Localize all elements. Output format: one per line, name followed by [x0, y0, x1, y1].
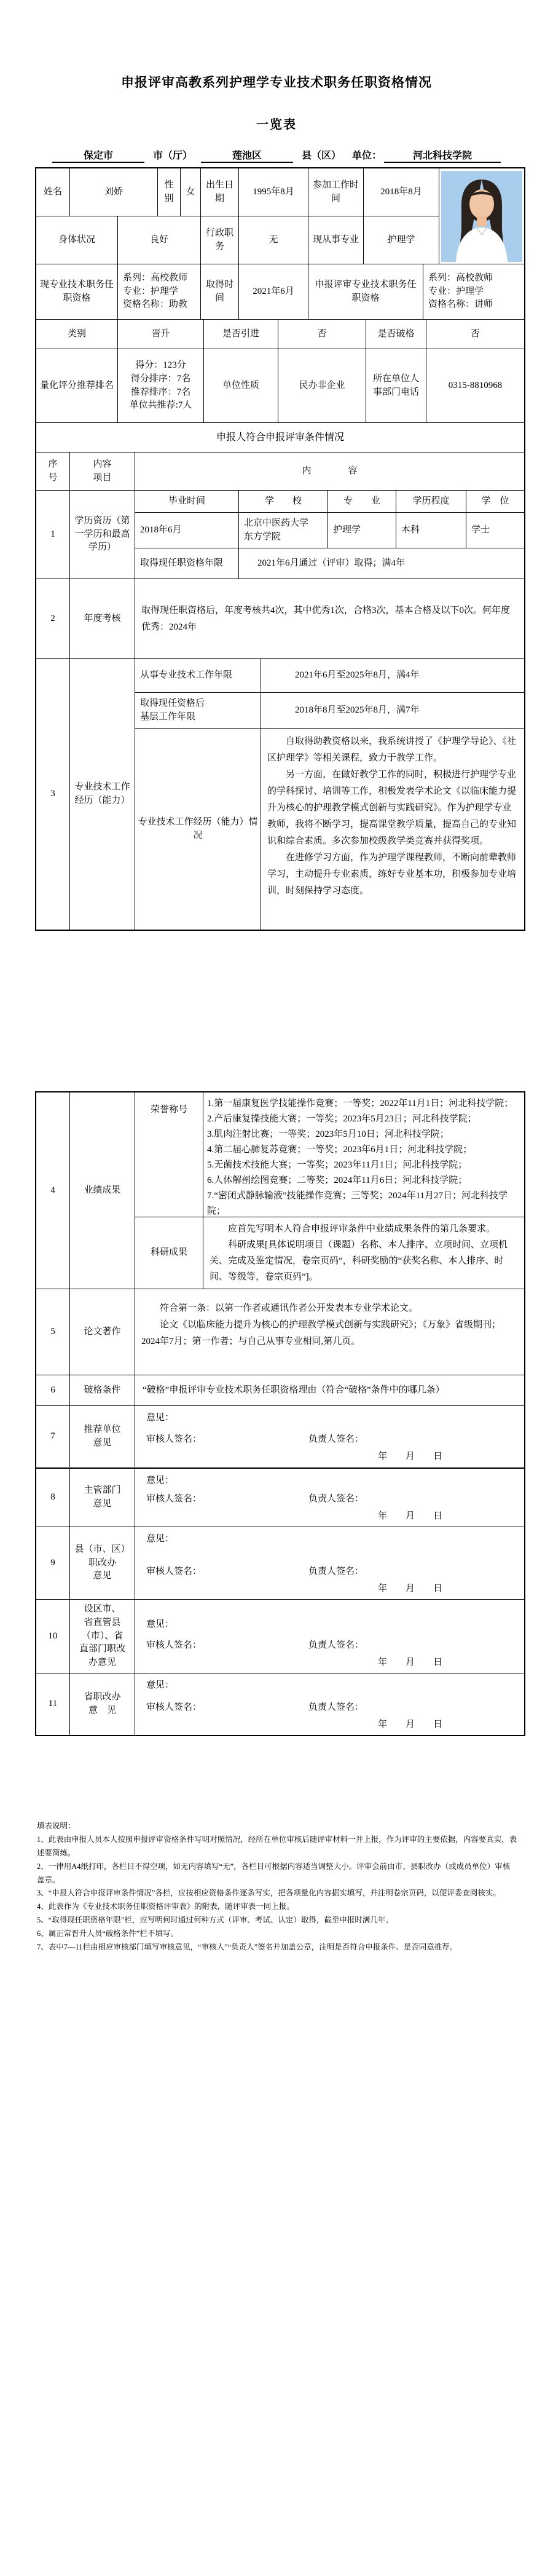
- note-line: 1、此表由申报人员本人按照申报评审资格条件写明对照情况，经所在单位审核后随评审材…: [37, 1833, 517, 1860]
- note-line: 6、属正常晋升人员“破格条件”栏不填写。: [37, 1927, 517, 1941]
- achievements-opinions-table: 4 业绩成果 荣誉称号 1.第一届康复医学技能操作竞赛；一等奖；2022年11月…: [35, 1091, 525, 1736]
- row-name-birth: 姓名 刘娇 性别 女 出生日期 1995年8月 参加工作时间 2018年8月: [36, 168, 439, 216]
- row9-no: 9: [36, 1527, 70, 1599]
- date-placeholder: 年 月 日: [378, 1449, 442, 1462]
- row1-label: 学历资历（第一学历和最高学历）: [70, 491, 135, 579]
- birth-value: 1995年8月: [239, 168, 308, 216]
- row10-no: 10: [36, 1600, 70, 1673]
- note-line: 3、“申报人符合申报评审条件情况”各栏，应按相应资格条件逐条写实，把各项量化内容…: [37, 1887, 517, 1900]
- row6-label: 破格条件: [70, 1375, 135, 1405]
- city-suffix-label: 市（厅）: [153, 151, 192, 161]
- notes-heading: 填表说明：: [37, 1820, 517, 1833]
- research-content: 应首先写明本人符合申报评审条件中业绩成果条件的第几条要求。 科研成果[具体说明项…: [203, 1217, 524, 1289]
- responsible-signature-label: 负责人签名：: [308, 1638, 364, 1651]
- personal-info-left: 姓名 刘娇 性别 女 出生日期 1995年8月 参加工作时间 2018年8月 身…: [36, 168, 439, 264]
- current-title-label: 现专业技术职务任职资格: [36, 264, 118, 319]
- row-category: 类别 晋升 是否引进 否 是否破格 否: [36, 320, 524, 349]
- qualification-years-row: 取得现任职资格年限 2021年6月通过（评审）取得；满4年: [135, 548, 524, 579]
- row3-content: 从事专业技术工作年限 2021年6月至2025年8月，满4年 取得现任资格后 基…: [135, 659, 524, 930]
- work-start-value: 2018年8月: [364, 168, 439, 216]
- ability-row: 专业技术工作经历（能力）情况 自取得助教资格以来，我系统讲授了《护理学导论》、《…: [135, 729, 524, 930]
- qualification-years-value: 2021年6月通过（评审）取得；满4年: [239, 548, 524, 579]
- row2-content: 取得现任职资格后，年度考核共4次，其中优秀1次，合格3次，基本合格及以下0次。何…: [135, 579, 524, 658]
- opinion-label: 意见：: [146, 1473, 174, 1486]
- opinion-label: 意见：: [146, 1617, 174, 1630]
- grassroots-years-row: 取得现任资格后 基层工作年限 2018年8月至2025年8月，满7年: [135, 693, 524, 729]
- row-opinion-city-office: 10 设区市、 省直管县 （市）、省 直部门职改 办意见 意见： 审核人签名： …: [36, 1600, 524, 1673]
- health-label: 身体状况: [36, 216, 118, 264]
- section-header: 申报人符合申报评审条件情况: [36, 423, 524, 452]
- section-header-row: 申报人符合申报评审条件情况: [36, 423, 524, 452]
- edu-value-major: 护理学: [328, 513, 396, 548]
- gender-value: 女: [181, 168, 201, 216]
- ability-paragraph-2: 另一方面，在做好教学工作的同时，积极进行护理学专业的学科探讨、培训等工作，积极发…: [267, 767, 518, 850]
- honor-item: 5.无菌技术技能大赛；一等奖；2023年11月1日；河北科技学院；: [207, 1158, 522, 1173]
- exception-value: 否: [426, 320, 524, 349]
- honor-item: 2.产后康复操技能大赛；一等奖；2023年5月23日；河北科技学院；: [207, 1112, 522, 1127]
- edu-header-degree-level: 学历程度: [396, 491, 466, 512]
- exception-label: 是否破格: [366, 320, 426, 349]
- honor-item: 7.“密闭式静脉输液”技能操作竞赛；三等奖；2024年11月27日；河北科技学院…: [207, 1188, 522, 1217]
- score-label: 量化评分推荐排名: [36, 349, 118, 422]
- header-fill-line: 保定市 市（厅） 莲池区 县（区） 单位： 河北科技学院: [0, 148, 553, 163]
- import-value: 否: [278, 320, 366, 349]
- honors-label: 荣誉称号: [135, 1092, 203, 1217]
- row2-no: 2: [36, 579, 70, 658]
- note-line: 4、此表作为《专业技术职务任职资格评审表》的附表，随评审表一同上报。: [37, 1900, 517, 1914]
- row4-content: 荣誉称号 1.第一届康复医学技能操作竞赛；一等奖；2022年11月1日；河北科技…: [135, 1092, 524, 1289]
- responsible-signature-label: 负责人签名：: [308, 1564, 364, 1577]
- row7-label: 推荐单位 意见: [70, 1406, 135, 1467]
- row8-opinion-area: 意见： 审核人签名： 负责人签名： 年 月 日: [135, 1469, 524, 1527]
- row-papers: 5 论文著作 符合第一条：以第一作者或通讯作者公开发表本专业学术论文。 论文《以…: [36, 1289, 524, 1375]
- category-value: 晋升: [118, 320, 204, 349]
- row-score: 量化评分推荐排名 得分：123分 得分排序：7名 推荐排序：7名 单位共推荐:7…: [36, 349, 524, 423]
- row-assessment: 2 年度考核 取得现任职资格后，年度考核共4次，其中优秀1次，合格3次，基本合格…: [36, 579, 524, 659]
- row9-opinion-area: 意见： 审核人签名： 负责人签名： 年 月 日: [135, 1527, 524, 1599]
- opinion-label: 意见：: [146, 1410, 174, 1423]
- apply-title-label: 申报评审专业技术职务任职资格: [308, 264, 423, 319]
- opinion-label: 意见：: [146, 1678, 174, 1691]
- research-paragraph-2: 科研成果[具体说明项目（课题）名称、本人排序、立项时间、立项机关、完成及鉴定情况…: [210, 1237, 518, 1285]
- grassroots-years-value: 2018年8月至2025年8月，满7年: [261, 693, 524, 728]
- honors-list: 1.第一届康复医学技能操作竞赛；一等奖；2022年11月1日；河北科技学院； 2…: [203, 1092, 524, 1217]
- row11-no: 11: [36, 1673, 70, 1735]
- note-line: 2、一律用A4纸打印，各栏目不得空项，如无内容填写“无”，各栏目可根据内容适当调…: [37, 1860, 517, 1887]
- city-field: 保定市: [52, 148, 144, 163]
- row5-no: 5: [36, 1289, 70, 1375]
- unit-label: 单位：: [352, 151, 382, 161]
- row-titles: 现专业技术职务任职资格 系列：高校教师 专业：护理学 资格名称：助教 取得时间 …: [36, 264, 524, 320]
- unit-field: 河北科技学院: [384, 148, 501, 163]
- research-row: 科研成果 应首先写明本人符合申报评审条件中业绩成果条件的第几条要求。 科研成果[…: [135, 1217, 524, 1289]
- row7-opinion-area: 意见： 审核人签名： 负责人签名： 年 月 日: [135, 1406, 524, 1467]
- row-opinion-recommending-unit: 7 推荐单位 意见 意见： 审核人签名： 负责人签名： 年 月 日: [36, 1406, 524, 1469]
- health-value: 良好: [118, 216, 201, 264]
- row-experience: 3 专业技术工作经历（能力） 从事专业技术工作年限 2021年6月至2025年8…: [36, 659, 524, 930]
- edu-header-major: 专 业: [328, 491, 396, 512]
- row9-label: 县（市、区） 职改办 意见: [70, 1527, 135, 1599]
- edu-value-degree-level: 本科: [396, 513, 466, 548]
- note-line: 7、表中7—11栏由相应审核部门填写审核意见，“审核人”“负责人”签名并加盖公章…: [37, 1941, 517, 1954]
- column-header-row: 序 号 内容 项目 内 容: [36, 452, 524, 491]
- date-placeholder: 年 月 日: [378, 1509, 442, 1522]
- papers-paragraph-2: 论文《以临床能力提升为核心的护理教学模式创新与实践研究》；《万象》省级期刊；20…: [141, 1317, 518, 1350]
- row1-content: 毕业时间 学 校 专 业 学历程度 学 位 2018年6月 北京中医药大学 东方…: [135, 491, 524, 579]
- reviewer-signature-label: 审核人签名：: [146, 1491, 202, 1504]
- gender-label: 性别: [158, 168, 181, 216]
- grassroots-years-label: 取得现任资格后 基层工作年限: [135, 693, 261, 728]
- row10-label: 设区市、 省直管县 （市）、省 直部门职改 办意见: [70, 1600, 135, 1673]
- edu-header-degree: 学 位: [466, 491, 524, 512]
- county-field: 莲池区: [201, 148, 293, 163]
- row8-no: 8: [36, 1469, 70, 1527]
- research-paragraph-1: 应首先写明本人符合申报评审条件中业绩成果条件的第几条要求。: [210, 1221, 518, 1237]
- date-placeholder: 年 月 日: [378, 1655, 442, 1668]
- honor-item: 1.第一届康复医学技能操作竞赛；一等奖；2022年11月1日；河北科技学院；: [207, 1096, 522, 1112]
- county-suffix-label: 县（区）: [302, 151, 341, 161]
- experience-years-label: 从事专业技术工作年限: [135, 659, 261, 692]
- col-no-header: 序 号: [36, 452, 70, 490]
- honor-item: 4.第二届心肺复苏竞赛；一等奖；2023年6月1日；河北科技学院；: [207, 1142, 522, 1158]
- reviewer-signature-label: 审核人签名：: [146, 1564, 202, 1577]
- note-line: 5、“取得现任职资格年限”栏，应写明何时通过何种方式（评审、考试、认定）取得，截…: [37, 1914, 517, 1927]
- edu-header-row: 毕业时间 学 校 专 业 学历程度 学 位: [135, 491, 524, 513]
- obtain-time-label: 取得时间: [201, 264, 239, 319]
- row-education: 1 学历资历（第一学历和最高学历） 毕业时间 学 校 专 业 学历程度 学 位 …: [36, 491, 524, 579]
- qualification-years-label: 取得现任职资格年限: [135, 548, 239, 579]
- edu-value-school: 北京中医药大学 东方学院: [239, 513, 328, 548]
- hr-phone-value: 0315-8810968: [426, 349, 524, 422]
- admin-value: 无: [239, 216, 308, 264]
- col-item-header: 内容 项目: [70, 452, 135, 490]
- date-placeholder: 年 月 日: [378, 1717, 442, 1730]
- current-title-value: 系列：高校教师 专业：护理学 资格名称：助教: [118, 264, 201, 319]
- score-value: 得分：123分 得分排序：7名 推荐排序：7名 单位共推荐:7人: [118, 349, 204, 422]
- row10-opinion-area: 意见： 审核人签名： 负责人签名： 年 月 日: [135, 1600, 524, 1673]
- form-notes: 填表说明： 1、此表由申报人员本人按照申报评审资格条件写明对照情况，经所在单位审…: [37, 1820, 517, 1954]
- honors-row: 荣誉称号 1.第一届康复医学技能操作竞赛；一等奖；2022年11月1日；河北科技…: [135, 1092, 524, 1217]
- row4-label: 业绩成果: [70, 1092, 135, 1289]
- responsible-signature-label: 负责人签名：: [308, 1700, 364, 1713]
- main-info-table: 姓名 刘娇 性别 女 出生日期 1995年8月 参加工作时间 2018年8月 身…: [35, 167, 525, 931]
- row5-label: 论文著作: [70, 1289, 135, 1375]
- category-label: 类别: [36, 320, 118, 349]
- row1-no: 1: [36, 491, 70, 579]
- row11-opinion-area: 意见： 审核人签名： 负责人签名： 年 月 日: [135, 1673, 524, 1735]
- row5-content: 符合第一条：以第一作者或通讯作者公开发表本专业学术论文。 论文《以临床能力提升为…: [135, 1289, 524, 1375]
- id-photo-image: [441, 171, 522, 262]
- reviewer-signature-label: 审核人签名：: [146, 1432, 202, 1445]
- opinion-label: 意见：: [146, 1531, 174, 1544]
- form-title: 申报评审高教系列护理学专业技术职务任职资格情况: [0, 73, 553, 91]
- edu-value-time: 2018年6月: [135, 513, 239, 548]
- edu-header-school: 学 校: [239, 491, 328, 512]
- responsible-signature-label: 负责人签名：: [308, 1491, 364, 1504]
- apply-title-value: 系列：高校教师 专业：护理学 资格名称：讲师: [423, 264, 524, 319]
- row-health-admin: 身体状况 良好 行政职务 无 现从事专业 护理学: [36, 216, 439, 264]
- edu-value-degree: 学士: [466, 513, 524, 548]
- row3-no: 3: [36, 659, 70, 930]
- edu-header-time: 毕业时间: [135, 491, 239, 512]
- application-form-page: 申报评审高教系列护理学专业技术职务任职资格情况 一览表 保定市 市（厅） 莲池区…: [0, 0, 553, 2576]
- reviewer-signature-label: 审核人签名：: [146, 1700, 202, 1713]
- row-opinion-competent-department: 8 主管部门 意见 意见： 审核人签名： 负责人签名： 年 月 日: [36, 1469, 524, 1527]
- row7-no: 7: [36, 1406, 70, 1467]
- papers-paragraph-1: 符合第一条：以第一作者或通讯作者公开发表本专业学术论文。: [141, 1300, 518, 1317]
- reviewer-signature-label: 审核人签名：: [146, 1638, 202, 1651]
- row8-label: 主管部门 意见: [70, 1469, 135, 1527]
- date-placeholder: 年 月 日: [378, 1581, 442, 1594]
- row6-no: 6: [36, 1375, 70, 1405]
- import-label: 是否引进: [204, 320, 278, 349]
- row4-no: 4: [36, 1092, 70, 1289]
- row6-content: “破格”申报评审专业技术职务任职资格理由（符合“破格”条件中的哪几条）: [135, 1375, 524, 1405]
- ability-paragraph-3: 在进修学习方面，作为护理学课程教师，不断向前辈教师学习，主动提升专业素质，练好专…: [267, 850, 518, 899]
- honor-item: 6.人体解剖绘图竞赛；二等奖；2024年11月6日；河北科技学院；: [207, 1173, 522, 1188]
- ability-content: 自取得助教资格以来，我系统讲授了《护理学导论》、《社区护理学》等相关课程，致力于…: [261, 729, 524, 930]
- ability-paragraph-1: 自取得助教资格以来，我系统讲授了《护理学导论》、《社区护理学》等相关课程，致力于…: [267, 733, 518, 767]
- row-achievements: 4 业绩成果 荣誉称号 1.第一届康复医学技能操作竞赛；一等奖；2022年11月…: [36, 1092, 524, 1289]
- name-label: 姓名: [36, 168, 70, 216]
- ability-label: 专业技术工作经历（能力）情况: [135, 729, 261, 930]
- hr-phone-label: 所在单位人事部门电话: [366, 349, 426, 422]
- profession-label: 现从事专业: [308, 216, 364, 264]
- col-content-header: 内 容: [135, 452, 524, 490]
- personal-info-rows: 姓名 刘娇 性别 女 出生日期 1995年8月 参加工作时间 2018年8月 身…: [36, 168, 524, 264]
- obtain-time-value: 2021年6月: [239, 264, 308, 319]
- responsible-signature-label: 负责人签名：: [308, 1432, 364, 1445]
- row3-label: 专业技术工作经历（能力）: [70, 659, 135, 930]
- experience-years-row: 从事专业技术工作年限 2021年6月至2025年8月，满4年: [135, 659, 524, 693]
- profession-value: 护理学: [364, 216, 439, 264]
- name-value: 刘娇: [70, 168, 158, 216]
- experience-years-value: 2021年6月至2025年8月，满4年: [261, 659, 524, 692]
- form-subtitle: 一览表: [0, 114, 553, 132]
- row-exception: 6 破格条件 “破格”申报评审专业技术职务任职资格理由（符合“破格”条件中的哪几…: [36, 1375, 524, 1406]
- honor-item: 3.肌肉注射比赛；一等奖；2023年5月10日；河北科技学院；: [207, 1127, 522, 1142]
- edu-value-row: 2018年6月 北京中医药大学 东方学院 护理学 本科 学士: [135, 513, 524, 548]
- unit-type-label: 单位性质: [204, 349, 278, 422]
- admin-label: 行政职务: [201, 216, 239, 264]
- row-opinion-provincial-office: 11 省职改办 意 见 意见： 审核人签名： 负责人签名： 年 月 日: [36, 1673, 524, 1735]
- row2-label: 年度考核: [70, 579, 135, 658]
- row-opinion-county-office: 9 县（市、区） 职改办 意见 意见： 审核人签名： 负责人签名： 年 月 日: [36, 1527, 524, 1600]
- birth-label: 出生日期: [201, 168, 239, 216]
- id-photo: [439, 168, 524, 264]
- row11-label: 省职改办 意 见: [70, 1673, 135, 1735]
- work-start-label: 参加工作时间: [308, 168, 364, 216]
- unit-type-value: 民办非企业: [278, 349, 366, 422]
- research-label: 科研成果: [135, 1217, 203, 1289]
